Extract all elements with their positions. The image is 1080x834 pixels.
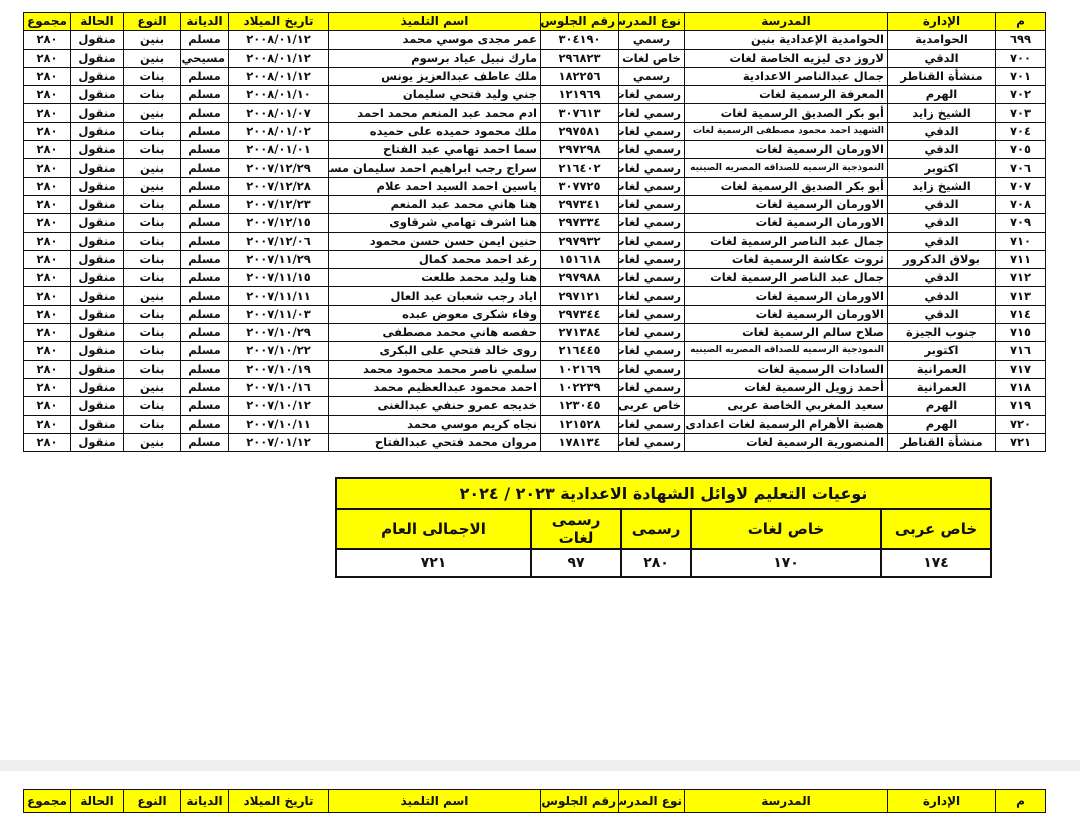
- cell-birth-date: ٢٠٠٧/١٠/٢٢: [229, 342, 329, 360]
- cell-administration: الهرم: [888, 86, 996, 104]
- cell-school-type: رسمي لغات: [619, 324, 685, 342]
- cell-student-name: مارك نبيل عياد برسوم: [329, 49, 541, 67]
- cell-number: ٧٢١: [996, 433, 1046, 451]
- cell-religion: مسلم: [181, 415, 229, 433]
- next-header-col-student-name: اسم التلميذ: [329, 790, 541, 813]
- next-header-col-school-type: نوع المدرسة: [619, 790, 685, 813]
- cell-religion: مسلم: [181, 287, 229, 305]
- cell-administration: العمرانية: [888, 378, 996, 396]
- cell-number: ٧٠٧: [996, 177, 1046, 195]
- cell-gender: بنين: [124, 433, 181, 451]
- cell-gender: بنات: [124, 415, 181, 433]
- cell-school: النموذجية الرسميه للصداقه المصريه الصيني…: [685, 159, 888, 177]
- cell-school-type: رسمي: [619, 31, 685, 49]
- cell-number: ٧٠٩: [996, 214, 1046, 232]
- cell-status: منقول: [71, 232, 124, 250]
- cell-gender: بنين: [124, 31, 181, 49]
- cell-gender: بنات: [124, 342, 181, 360]
- cell-gender: بنات: [124, 214, 181, 232]
- cell-religion: مسلم: [181, 305, 229, 323]
- cell-gender: بنات: [124, 397, 181, 415]
- cell-status: منقول: [71, 433, 124, 451]
- cell-birth-date: ٢٠٠٧/١٢/٢٨: [229, 177, 329, 195]
- table-row: ٦٩٩الحوامديةالحوامدية الإعدادية بنينرسمي…: [24, 31, 1046, 49]
- cell-status: منقول: [71, 31, 124, 49]
- cell-administration: الدقي: [888, 305, 996, 323]
- table-row: ٧١٤الدقيالاورمان الرسمية لغاترسمي لغات٢٩…: [24, 305, 1046, 323]
- cell-total: ٢٨٠: [24, 342, 71, 360]
- cell-school: الحوامدية الإعدادية بنين: [685, 31, 888, 49]
- cell-status: منقول: [71, 250, 124, 268]
- cell-number: ٧٠١: [996, 67, 1046, 85]
- cell-religion: مسلم: [181, 31, 229, 49]
- next-header-col-status: الحالة: [71, 790, 124, 813]
- cell-school-type: رسمي لغات: [619, 415, 685, 433]
- cell-seat-number: ٣٠٤١٩٠: [541, 31, 619, 49]
- cell-student-name: ياسين احمد السيد احمد علام: [329, 177, 541, 195]
- cell-status: منقول: [71, 269, 124, 287]
- cell-birth-date: ٢٠٠٧/١٠/٢٩: [229, 324, 329, 342]
- table-row: ٧١٠الدقيجمال عبد الناصر الرسمية لغاترسمي…: [24, 232, 1046, 250]
- header-col-birth-date: تاريخ الميلاد: [229, 13, 329, 31]
- header-col-school-type: نوع المدرسة: [619, 13, 685, 31]
- table-row: ٧٠٩الدقيالاورمان الرسمية لغاترسمي لغات٢٩…: [24, 214, 1046, 232]
- cell-gender: بنات: [124, 86, 181, 104]
- cell-seat-number: ٢٧١٣٨٤: [541, 324, 619, 342]
- table-row: ٧١٨العمرانيةأحمد زويل الرسمية لغاترسمي ل…: [24, 378, 1046, 396]
- cell-status: منقول: [71, 214, 124, 232]
- cell-status: منقول: [71, 415, 124, 433]
- cell-number: ٧١٥: [996, 324, 1046, 342]
- cell-total: ٢٨٠: [24, 305, 71, 323]
- cell-student-name: سلمي ناصر محمد محمود محمد: [329, 360, 541, 378]
- cell-gender: بنات: [124, 269, 181, 287]
- cell-total: ٢٨٠: [24, 324, 71, 342]
- cell-birth-date: ٢٠٠٧/١٠/١٢: [229, 397, 329, 415]
- cell-seat-number: ١٥١٦١٨: [541, 250, 619, 268]
- header-col-school: المدرسة: [685, 13, 888, 31]
- cell-religion: مسلم: [181, 214, 229, 232]
- cell-seat-number: ٢٩٧٣٤٤: [541, 305, 619, 323]
- summary-value: ١٧٤: [881, 549, 991, 577]
- cell-gender: بنات: [124, 324, 181, 342]
- cell-student-name: هنا هاني محمد عبد المنعم: [329, 195, 541, 213]
- cell-total: ٢٨٠: [24, 415, 71, 433]
- cell-school: الاورمان الرسمية لغات: [685, 195, 888, 213]
- table-row: ٧٠٧الشيخ زايدأبو بكر الصديق الرسمية لغات…: [24, 177, 1046, 195]
- cell-school-type: خاص عربى: [619, 397, 685, 415]
- table-row: ٧٠٥الدقيالاورمان الرسمية لغاترسمي لغات٢٩…: [24, 141, 1046, 159]
- cell-school: المنصورية الرسمية لغات: [685, 433, 888, 451]
- cell-religion: مسلم: [181, 342, 229, 360]
- cell-religion: مسلم: [181, 269, 229, 287]
- cell-total: ٢٨٠: [24, 214, 71, 232]
- cell-administration: الدقي: [888, 269, 996, 287]
- cell-school: الاورمان الرسمية لغات: [685, 287, 888, 305]
- cell-school: هضبة الأهرام الرسمية لغات اعدادى: [685, 415, 888, 433]
- cell-birth-date: ٢٠٠٧/١٢/٢٩: [229, 159, 329, 177]
- cell-number: ٦٩٩: [996, 31, 1046, 49]
- cell-gender: بنات: [124, 232, 181, 250]
- cell-status: منقول: [71, 397, 124, 415]
- cell-number: ٧٠٥: [996, 141, 1046, 159]
- cell-seat-number: ٣٠٧٧٢٥: [541, 177, 619, 195]
- cell-student-name: سراج رجب ابراهيم احمد سليمان مسلم: [329, 159, 541, 177]
- cell-birth-date: ٢٠٠٧/١١/١٥: [229, 269, 329, 287]
- cell-birth-date: ٢٠٠٧/١٠/١١: [229, 415, 329, 433]
- cell-administration: الشيخ زايد: [888, 177, 996, 195]
- table-row: ٧٠٨الدقيالاورمان الرسمية لغاترسمي لغات٢٩…: [24, 195, 1046, 213]
- cell-school: المعرفة الرسمية لغات: [685, 86, 888, 104]
- cell-gender: بنين: [124, 378, 181, 396]
- header-col-administration: الإدارة: [888, 13, 996, 31]
- cell-total: ٢٨٠: [24, 177, 71, 195]
- cell-status: منقول: [71, 305, 124, 323]
- cell-administration: الحوامدية: [888, 31, 996, 49]
- cell-gender: بنين: [124, 177, 181, 195]
- cell-number: ٧١٢: [996, 269, 1046, 287]
- cell-number: ٧٠٤: [996, 122, 1046, 140]
- summary-value: ١٧٠: [691, 549, 881, 577]
- cell-religion: مسيحي: [181, 49, 229, 67]
- cell-number: ٧٠٣: [996, 104, 1046, 122]
- cell-status: منقول: [71, 287, 124, 305]
- cell-school-type: رسمي لغات: [619, 360, 685, 378]
- cell-school: جمال عبدالناصر الاعدادية: [685, 67, 888, 85]
- cell-total: ٢٨٠: [24, 433, 71, 451]
- cell-school-type: رسمي لغات: [619, 305, 685, 323]
- cell-administration: العمرانية: [888, 360, 996, 378]
- cell-total: ٢٨٠: [24, 159, 71, 177]
- cell-total: ٢٨٠: [24, 86, 71, 104]
- next-page-header-row: مالإدارةالمدرسةنوع المدرسةرقم الجلوساسم …: [24, 790, 1046, 813]
- table-row: ٧١٢الدقيجمال عبد الناصر الرسمية لغاترسمي…: [24, 269, 1046, 287]
- summary-header: الاجمالى العام: [336, 509, 531, 549]
- cell-number: ٧٠٢: [996, 86, 1046, 104]
- cell-gender: بنات: [124, 305, 181, 323]
- summary-header: خاص عربى: [881, 509, 991, 549]
- cell-school-type: رسمي لغات: [619, 177, 685, 195]
- cell-school: جمال عبد الناصر الرسمية لغات: [685, 269, 888, 287]
- cell-school-type: رسمي لغات: [619, 378, 685, 396]
- cell-administration: جنوب الجيزة: [888, 324, 996, 342]
- cell-administration: الدقي: [888, 49, 996, 67]
- cell-school-type: رسمي لغات: [619, 104, 685, 122]
- header-col-number: م: [996, 13, 1046, 31]
- cell-religion: مسلم: [181, 433, 229, 451]
- cell-gender: بنات: [124, 360, 181, 378]
- cell-school-type: رسمي لغات: [619, 214, 685, 232]
- cell-school: الاورمان الرسمية لغات: [685, 305, 888, 323]
- cell-administration: الهرم: [888, 415, 996, 433]
- cell-school: سعيد المغربي الخاصة عربى: [685, 397, 888, 415]
- cell-status: منقول: [71, 122, 124, 140]
- header-col-seat-number: رقم الجلوس: [541, 13, 619, 31]
- cell-gender: بنين: [124, 159, 181, 177]
- header-col-status: الحالة: [71, 13, 124, 31]
- cell-birth-date: ٢٠٠٨/٠١/٠٢: [229, 122, 329, 140]
- cell-gender: بنين: [124, 49, 181, 67]
- cell-birth-date: ٢٠٠٧/١١/١١: [229, 287, 329, 305]
- cell-school: السادات الرسمية لغات: [685, 360, 888, 378]
- next-page-table-header: مالإدارةالمدرسةنوع المدرسةرقم الجلوساسم …: [23, 789, 1046, 813]
- cell-status: منقول: [71, 342, 124, 360]
- header-col-religion: الديانة: [181, 13, 229, 31]
- cell-number: ٧٠٦: [996, 159, 1046, 177]
- cell-total: ٢٨٠: [24, 232, 71, 250]
- cell-religion: مسلم: [181, 324, 229, 342]
- cell-status: منقول: [71, 159, 124, 177]
- cell-number: ٧١٧: [996, 360, 1046, 378]
- cell-gender: بنات: [124, 67, 181, 85]
- cell-school-type: رسمي لغات: [619, 433, 685, 451]
- cell-seat-number: ٢٩٧٢٩٨: [541, 141, 619, 159]
- cell-total: ٢٨٠: [24, 287, 71, 305]
- table-body: ٦٩٩الحوامديةالحوامدية الإعدادية بنينرسمي…: [24, 31, 1046, 452]
- cell-gender: بنين: [124, 104, 181, 122]
- education-types-summary-table: نوعيات التعليم لاوائل الشهادة الاعدادية …: [335, 477, 992, 578]
- cell-school: صلاح سالم الرسمية لغات: [685, 324, 888, 342]
- cell-religion: مسلم: [181, 177, 229, 195]
- table-row: ٧٠٤الدقيالشهيد احمد محمود مصطفى الرسمية …: [24, 122, 1046, 140]
- table-header-row: مالإدارةالمدرسةنوع المدرسةرقم الجلوساسم …: [24, 13, 1046, 31]
- next-header-col-religion: الديانة: [181, 790, 229, 813]
- cell-school-type: رسمي لغات: [619, 159, 685, 177]
- cell-administration: الهرم: [888, 397, 996, 415]
- cell-student-name: نجاه كريم موسي محمد: [329, 415, 541, 433]
- cell-number: ٧١٦: [996, 342, 1046, 360]
- cell-school-type: رسمي لغات: [619, 195, 685, 213]
- cell-number: ٧١٠: [996, 232, 1046, 250]
- cell-religion: مسلم: [181, 397, 229, 415]
- summary-header: خاص لغات: [691, 509, 881, 549]
- cell-school: النموذجية الرسميه للصداقه المصريه الصيني…: [685, 342, 888, 360]
- table-row: ٧١٣الدقيالاورمان الرسمية لغاترسمي لغات٢٩…: [24, 287, 1046, 305]
- cell-seat-number: ٢٩٧٣٤١: [541, 195, 619, 213]
- cell-total: ٢٨٠: [24, 360, 71, 378]
- cell-administration: منشأة القناطر: [888, 433, 996, 451]
- next-header-col-birth-date: تاريخ الميلاد: [229, 790, 329, 813]
- next-header-col-total: مجموع: [24, 790, 71, 813]
- cell-seat-number: ١٢٣٠٤٥: [541, 397, 619, 415]
- cell-school: جمال عبد الناصر الرسمية لغات: [685, 232, 888, 250]
- cell-religion: مسلم: [181, 378, 229, 396]
- cell-seat-number: ٢٩٧١٢١: [541, 287, 619, 305]
- cell-total: ٢٨٠: [24, 269, 71, 287]
- header-col-total: مجموع: [24, 13, 71, 31]
- page-separator: [0, 760, 1080, 771]
- cell-school-type: رسمي: [619, 67, 685, 85]
- table-row: ٧٠٠الدقيلاروز دى ليزيه الخاصة لغاتخاص لغ…: [24, 49, 1046, 67]
- cell-seat-number: ١٨٢٢٥٦: [541, 67, 619, 85]
- cell-school-type: رسمي لغات: [619, 269, 685, 287]
- cell-total: ٢٨٠: [24, 141, 71, 159]
- cell-religion: مسلم: [181, 195, 229, 213]
- cell-seat-number: ١٧٨١٣٤: [541, 433, 619, 451]
- cell-student-name: حنين ايمن حسن حسن محمود: [329, 232, 541, 250]
- summary-value: ٩٧: [531, 549, 621, 577]
- cell-number: ٧١١: [996, 250, 1046, 268]
- cell-school-type: رسمي لغات: [619, 232, 685, 250]
- cell-seat-number: ٢٩٧٩٣٢: [541, 232, 619, 250]
- cell-religion: مسلم: [181, 360, 229, 378]
- cell-administration: منشأة القناطر: [888, 67, 996, 85]
- cell-birth-date: ٢٠٠٨/٠١/١٢: [229, 31, 329, 49]
- cell-administration: الدقي: [888, 195, 996, 213]
- cell-student-name: هنا اشرف تهامي شرقاوى: [329, 214, 541, 232]
- cell-school: أبو بكر الصديق الرسمية لغات: [685, 177, 888, 195]
- cell-status: منقول: [71, 360, 124, 378]
- cell-religion: مسلم: [181, 141, 229, 159]
- cell-school-type: خاص لغات: [619, 49, 685, 67]
- cell-seat-number: ٣٠٧٦١٣: [541, 104, 619, 122]
- cell-gender: بنات: [124, 122, 181, 140]
- cell-student-name: حفصه هاني محمد مصطفى: [329, 324, 541, 342]
- cell-student-name: مروان محمد فتحي عبدالفتاح: [329, 433, 541, 451]
- summary-title: نوعيات التعليم لاوائل الشهادة الاعدادية …: [336, 478, 991, 509]
- cell-total: ٢٨٠: [24, 195, 71, 213]
- cell-birth-date: ٢٠٠٨/٠١/٠٧: [229, 104, 329, 122]
- cell-total: ٢٨٠: [24, 49, 71, 67]
- table-row: ٧٠٢الهرمالمعرفة الرسمية لغاترسمي لغات١٢١…: [24, 86, 1046, 104]
- cell-religion: مسلم: [181, 122, 229, 140]
- cell-school-type: رسمي لغات: [619, 122, 685, 140]
- summary-header-row: خاص عربىخاص لغاترسمىرسمى لغاتالاجمالى ال…: [336, 509, 991, 549]
- summary-value: ٧٢١: [336, 549, 531, 577]
- cell-student-name: ملك محمود حميده على حميده: [329, 122, 541, 140]
- cell-student-name: وفاء شكرى معوض عبده: [329, 305, 541, 323]
- cell-total: ٢٨٠: [24, 397, 71, 415]
- cell-birth-date: ٢٠٠٧/١٢/٠٦: [229, 232, 329, 250]
- cell-religion: مسلم: [181, 104, 229, 122]
- cell-total: ٢٨٠: [24, 31, 71, 49]
- cell-status: منقول: [71, 104, 124, 122]
- cell-student-name: اياد رجب شعبان عبد العال: [329, 287, 541, 305]
- cell-religion: مسلم: [181, 250, 229, 268]
- cell-school: الشهيد احمد محمود مصطفى الرسمية لغات: [685, 122, 888, 140]
- next-header-col-number: م: [996, 790, 1046, 813]
- header-col-gender: النوع: [124, 13, 181, 31]
- cell-gender: بنات: [124, 195, 181, 213]
- cell-administration: الدقي: [888, 214, 996, 232]
- cell-seat-number: ١٠٢١٦٩: [541, 360, 619, 378]
- table-row: ٧١٥جنوب الجيزةصلاح سالم الرسمية لغاترسمي…: [24, 324, 1046, 342]
- cell-school: ثروت عكاشة الرسمية لغات: [685, 250, 888, 268]
- cell-status: منقول: [71, 324, 124, 342]
- students-table: مالإدارةالمدرسةنوع المدرسةرقم الجلوساسم …: [23, 12, 1046, 452]
- table-row: ٧٠٣الشيخ زايدأبو بكر الصديق الرسمية لغات…: [24, 104, 1046, 122]
- cell-administration: اكتوبر: [888, 342, 996, 360]
- cell-number: ٧٢٠: [996, 415, 1046, 433]
- cell-school-type: رسمي لغات: [619, 250, 685, 268]
- cell-religion: مسلم: [181, 159, 229, 177]
- cell-seat-number: ١٠٢٢٣٩: [541, 378, 619, 396]
- cell-gender: بنات: [124, 141, 181, 159]
- cell-total: ٢٨٠: [24, 104, 71, 122]
- cell-seat-number: ٢١٦٤٠٢: [541, 159, 619, 177]
- cell-administration: الدقي: [888, 232, 996, 250]
- table-row: ٧١٩الهرمسعيد المغربي الخاصة عربىخاص عربى…: [24, 397, 1046, 415]
- table-row: ٧١٦اكتوبرالنموذجية الرسميه للصداقه المصر…: [24, 342, 1046, 360]
- header-col-student-name: اسم التلميذ: [329, 13, 541, 31]
- cell-school: أبو بكر الصديق الرسمية لغات: [685, 104, 888, 122]
- cell-student-name: هنا وليد محمد طلعت: [329, 269, 541, 287]
- cell-birth-date: ٢٠٠٧/١١/٢٩: [229, 250, 329, 268]
- cell-religion: مسلم: [181, 232, 229, 250]
- table-row: ٧٠٦اكتوبرالنموذجية الرسميه للصداقه المصر…: [24, 159, 1046, 177]
- cell-seat-number: ٢٩٧٥٨١: [541, 122, 619, 140]
- table-row: ٧١١بولاق الدكرورثروت عكاشة الرسمية لغاتر…: [24, 250, 1046, 268]
- cell-birth-date: ٢٠٠٨/٠١/١٢: [229, 49, 329, 67]
- cell-birth-date: ٢٠٠٧/١٠/١٦: [229, 378, 329, 396]
- cell-seat-number: ١٢١٥٢٨: [541, 415, 619, 433]
- cell-student-name: احمد محمود عبدالعظيم محمد: [329, 378, 541, 396]
- cell-number: ٧١٩: [996, 397, 1046, 415]
- cell-administration: بولاق الدكرور: [888, 250, 996, 268]
- cell-number: ٧٠٠: [996, 49, 1046, 67]
- summary-header: رسمى لغات: [531, 509, 621, 549]
- cell-birth-date: ٢٠٠٨/٠١/١٠: [229, 86, 329, 104]
- cell-birth-date: ٢٠٠٧/١٢/٢٣: [229, 195, 329, 213]
- cell-seat-number: ٢٩٦٨٢٣: [541, 49, 619, 67]
- cell-administration: الدقي: [888, 141, 996, 159]
- cell-seat-number: ١٢١٩٦٩: [541, 86, 619, 104]
- cell-gender: بنين: [124, 287, 181, 305]
- next-header-col-administration: الإدارة: [888, 790, 996, 813]
- cell-school-type: رسمي لغات: [619, 86, 685, 104]
- cell-student-name: سما احمد تهامي عبد الفتاح: [329, 141, 541, 159]
- cell-school-type: رسمي لغات: [619, 141, 685, 159]
- cell-school-type: رسمي لغات: [619, 342, 685, 360]
- next-header-col-gender: النوع: [124, 790, 181, 813]
- cell-birth-date: ٢٠٠٧/١٢/١٥: [229, 214, 329, 232]
- table-row: ٧٠١منشأة القناطرجمال عبدالناصر الاعدادية…: [24, 67, 1046, 85]
- cell-status: منقول: [71, 378, 124, 396]
- next-header-col-seat-number: رقم الجلوس: [541, 790, 619, 813]
- cell-number: ٧١٤: [996, 305, 1046, 323]
- cell-number: ٧١٨: [996, 378, 1046, 396]
- cell-gender: بنات: [124, 250, 181, 268]
- cell-status: منقول: [71, 195, 124, 213]
- cell-total: ٢٨٠: [24, 122, 71, 140]
- cell-student-name: عمر مجدى موسي محمد: [329, 31, 541, 49]
- cell-total: ٢٨٠: [24, 378, 71, 396]
- cell-student-name: خديجه عمرو حنفي عبدالغنى: [329, 397, 541, 415]
- summary-values-row: ١٧٤١٧٠٢٨٠٩٧٧٢١: [336, 549, 991, 577]
- cell-status: منقول: [71, 67, 124, 85]
- cell-total: ٢٨٠: [24, 67, 71, 85]
- cell-student-name: ادم محمد عبد المنعم محمد احمد: [329, 104, 541, 122]
- cell-student-name: ملك عاطف عبدالعزيز يونس: [329, 67, 541, 85]
- cell-administration: الشيخ زايد: [888, 104, 996, 122]
- cell-student-name: رغد احمد محمد كمال: [329, 250, 541, 268]
- table-row: ٧١٧العمرانيةالسادات الرسمية لغاترسمي لغا…: [24, 360, 1046, 378]
- cell-birth-date: ٢٠٠٨/٠١/٠١: [229, 141, 329, 159]
- cell-total: ٢٨٠: [24, 250, 71, 268]
- cell-birth-date: ٢٠٠٨/٠١/١٢: [229, 67, 329, 85]
- cell-religion: مسلم: [181, 86, 229, 104]
- cell-number: ٧١٣: [996, 287, 1046, 305]
- cell-student-name: روى خالد فتحي على البكرى: [329, 342, 541, 360]
- cell-status: منقول: [71, 141, 124, 159]
- cell-religion: مسلم: [181, 67, 229, 85]
- cell-seat-number: ٢٩٧٩٨٨: [541, 269, 619, 287]
- cell-birth-date: ٢٠٠٧/٠١/١٢: [229, 433, 329, 451]
- next-header-col-school: المدرسة: [685, 790, 888, 813]
- cell-status: منقول: [71, 49, 124, 67]
- cell-school: الاورمان الرسمية لغات: [685, 141, 888, 159]
- cell-status: منقول: [71, 177, 124, 195]
